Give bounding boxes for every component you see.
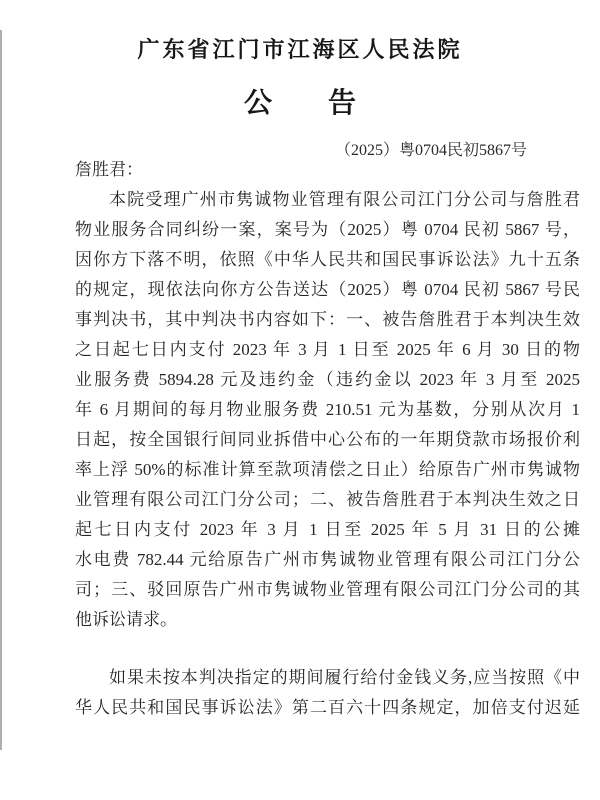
text-line: 他诉讼请求。	[75, 605, 580, 635]
recipient-name: 詹胜君：	[75, 155, 143, 185]
text-line: 率上浮 50%的标准计算至款项清偿之日止）给原告广州市隽诚物	[75, 455, 580, 485]
text-line: 的规定，现依法向你方公告送达（2025）粤 0704 民初 5867 号民	[75, 275, 580, 305]
court-name: 广东省江门市江海区人民法院	[0, 33, 600, 64]
text-line: 本院受理广州市隽诚物业管理有限公司江门分公司与詹胜君	[75, 185, 580, 215]
judgment-paragraph: 本院受理广州市隽诚物业管理有限公司江门分公司与詹胜君 物业服务合同纠纷一案，案号…	[75, 185, 580, 635]
text-line: 水电费 782.44 元给原告广州市隽诚物业管理有限公司江门分公	[75, 545, 580, 575]
text-line: 业管理有限公司江门分公司；二、被告詹胜君于本判决生效之日	[75, 485, 580, 515]
text-line: 因你方下落不明，依照《中华人民共和国民事诉讼法》九十五条	[75, 245, 580, 275]
scan-edge-artifact	[0, 30, 2, 750]
text-line: 华人民共和国民事诉讼法》第二百六十四条规定，加倍支付迟延	[75, 693, 580, 723]
text-line: 事判决书，其中判决书内容如下：一、被告詹胜君于本判决生效	[75, 305, 580, 335]
text-line: 物业服务合同纠纷一案，案号为（2025）粤 0704 民初 5867 号，	[75, 215, 580, 245]
text-line: 日起，按全国银行间同业拆借中心公布的一年期贷款市场报价利	[75, 425, 580, 455]
text-line: 如果未按本判决指定的期间履行给付金钱义务,应当按照《中	[75, 663, 580, 693]
text-line: 司；三、驳回原告广州市隽诚物业管理有限公司江门分公司的其	[75, 575, 580, 605]
document-title: 公 告	[0, 81, 600, 121]
case-number: （2025）粤0704民初5867号	[335, 137, 527, 160]
text-line: 起七日内支付 2023 年 3 月 1 日至 2025 年 5 月 31 日的公…	[75, 515, 580, 545]
text-line: 之日起七日内支付 2023 年 3 月 1 日至 2025 年 6 月 30 日…	[75, 335, 580, 365]
court-announcement-page: 广东省江门市江海区人民法院 公 告 （2025）粤0704民初5867号 詹胜君…	[0, 0, 600, 800]
text-line: 业服务费 5894.28 元及违约金（违约金以 2023 年 3 月至 2025	[75, 365, 580, 395]
text-line: 年 6 月期间的每月物业服务费 210.51 元为基数，分别从次月 1	[75, 395, 580, 425]
enforcement-paragraph: 如果未按本判决指定的期间履行给付金钱义务,应当按照《中 华人民共和国民事诉讼法》…	[75, 663, 580, 723]
